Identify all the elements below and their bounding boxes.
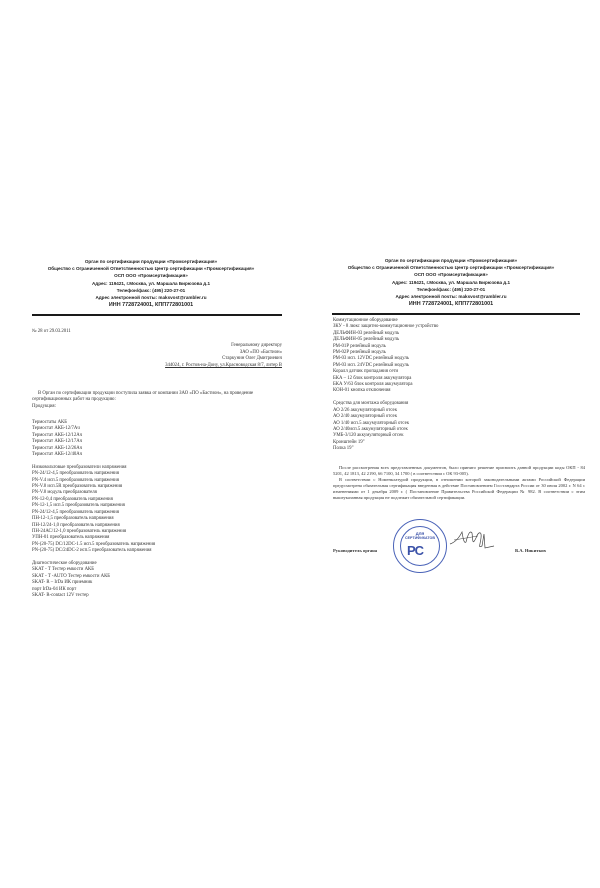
letterhead-email: Адрес электронной почты: maksvost@ramble…: [20, 294, 282, 301]
letterhead-org: Орган по сертификации продукции «Промсер…: [20, 258, 282, 265]
letterhead-branch: ОСП ООО «Промсертификация»: [20, 272, 282, 279]
list-item: PN-(20-75) DC/24DC-2 исп.5 преобразовате…: [32, 548, 155, 554]
products-label: Продукция:: [32, 404, 282, 410]
header-divider: [32, 314, 282, 316]
header-divider: [332, 313, 580, 315]
letterhead-company: Общество с Ограниченной Ответственностью…: [20, 265, 282, 272]
signatory-title: Руководитель органа: [333, 548, 377, 554]
letterhead-phone: Телефон/факс: (495) 220-27-01: [20, 287, 282, 294]
certification-stamp: ДЛЯ СЕРТИФИКАТОВ PC: [393, 519, 447, 573]
stamp-text-middle: СЕРТИФИКАТОВ: [394, 536, 446, 540]
letter-page-1: Орган по сертификации продукции «Промсер…: [0, 0, 300, 888]
list-item: SKAT- R-contact 12V тестер: [32, 593, 155, 599]
letterhead-inn: ИНН 7728724001, КПП772801001: [20, 302, 282, 309]
conclusion-certification: В соответствии с Номенклатурой продукции…: [333, 477, 585, 501]
product-list-left: Термостаты АКБТермостат АКБ-12/7АчТермос…: [32, 420, 155, 599]
letterhead-address: Адрес: 119421, г.Москва, ул. Маршала Бир…: [20, 280, 282, 287]
addressee-company: ЗАО «ПО «Бастион»: [165, 350, 282, 357]
letterhead-org: Орган по сертификации продукции «Промсер…: [320, 257, 582, 264]
list-item: ЗКУ - 8 люкс защитно-коммутационное устр…: [333, 324, 438, 330]
addressee-block: Генеральному директору ЗАО «ПО «Бастион»…: [165, 343, 282, 369]
rst-logo-icon: PC: [407, 543, 423, 558]
letterhead-address: Адрес: 119421, г.Москва, ул. Маршала Бир…: [320, 279, 582, 286]
letterhead-inn: ИНН 7728724001, КПП772801001: [320, 301, 582, 308]
addressee-position: Генеральному директору: [165, 343, 282, 350]
handwritten-signature: [448, 524, 496, 554]
conclusion-okp-codes: После рассмотрения всех представленных д…: [333, 465, 585, 477]
letterhead: Орган по сертификации продукции «Промсер…: [20, 258, 282, 309]
letterhead-company: Общество с Ограниченной Ответственностью…: [320, 264, 582, 271]
addressee-address: 344024, г. Ростов-на-Дону, ул.Красноводс…: [165, 363, 282, 370]
letterhead-phone: Телефон/факс: (495) 220-27-01: [320, 286, 582, 293]
letterhead: Орган по сертификации продукции «Промсер…: [320, 257, 582, 308]
list-item: Полка 19": [333, 446, 438, 452]
letterhead-branch: ОСП ООО «Промсертификация»: [320, 271, 582, 278]
addressee-name: Старкунин Олег Дмитриевич: [165, 356, 282, 363]
intro-paragraph: В Орган по сертификации продукции поступ…: [32, 391, 282, 410]
reference-number: № 28 от 29.03.2011: [32, 329, 71, 335]
letterhead-email: Адрес электронной почты: maksvost@ramble…: [320, 293, 582, 300]
conclusion-paragraph: После рассмотрения всех представленных д…: [333, 465, 585, 502]
signatory-name: В.А. Никитков: [515, 548, 546, 554]
product-list-right: Коммутационное оборудованиеЗКУ - 8 люкс …: [333, 318, 438, 453]
